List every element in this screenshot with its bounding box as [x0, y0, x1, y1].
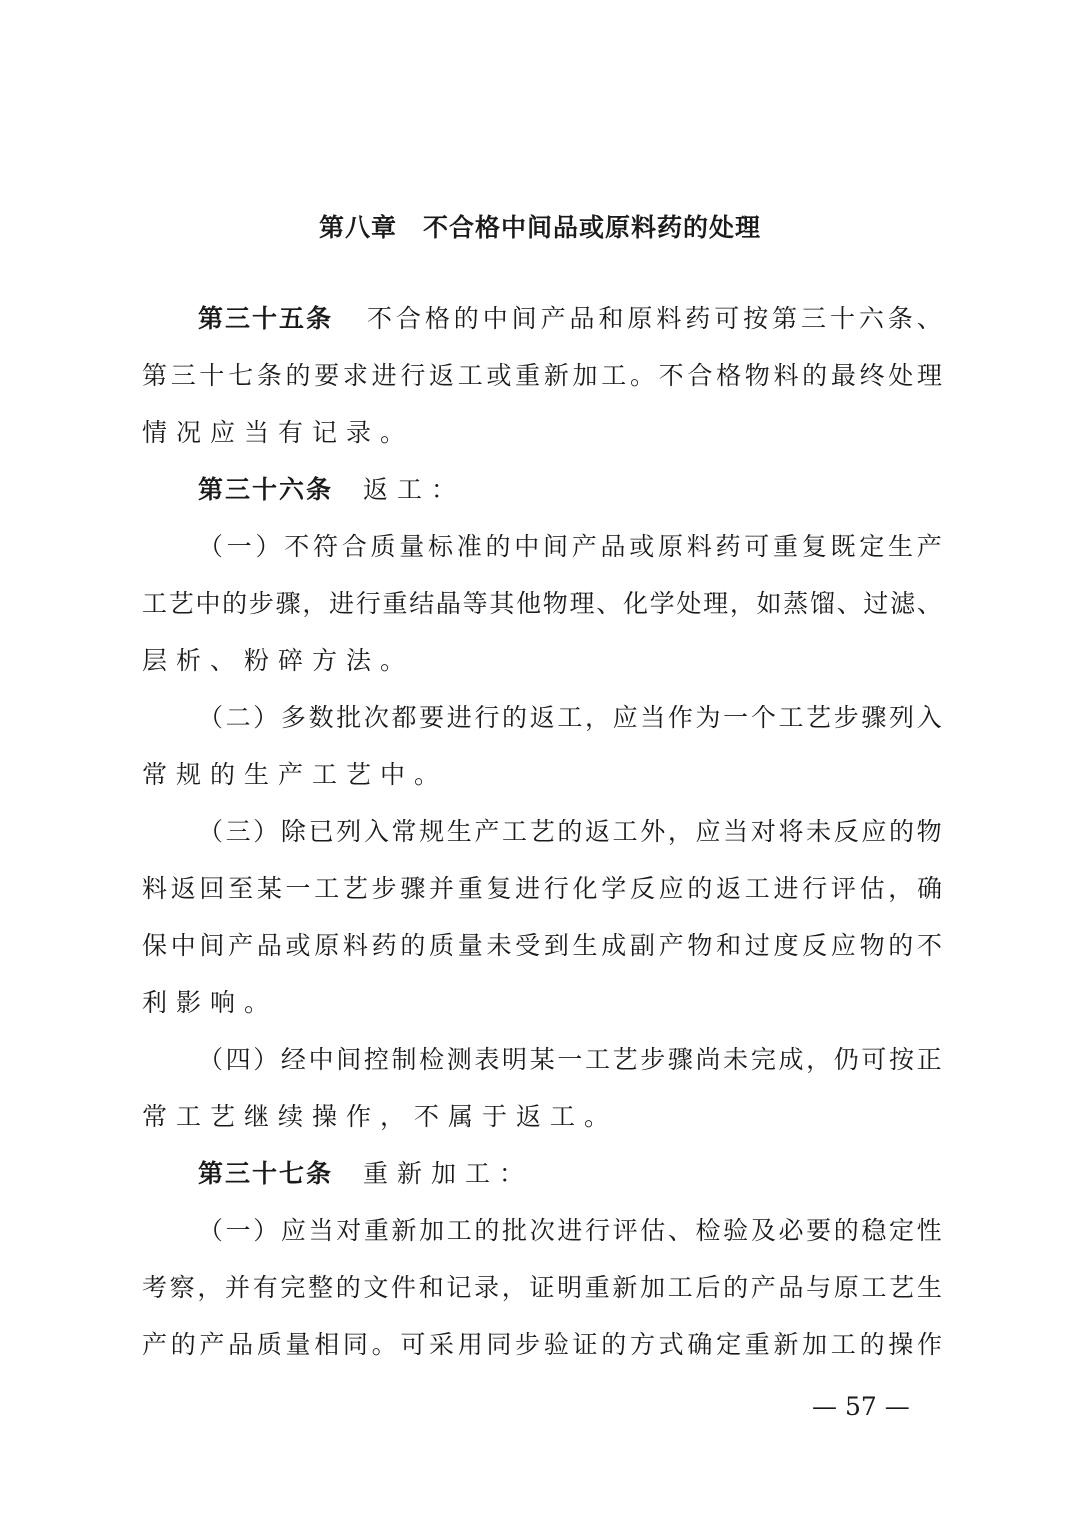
article-heading: 第三十五条 — [198, 290, 333, 347]
text-line: 第三十七条重新加工： — [142, 1145, 942, 1202]
text-line: 第三十七条的要求进行返工或重新加工。不合格物料的最终处理 — [142, 347, 942, 404]
text-line: （二）多数批次都要进行的返工，应当作为一个工艺步骤列入 — [142, 689, 942, 746]
text-line: （一）应当对重新加工的批次进行评估、检验及必要的稳定性 — [142, 1202, 942, 1259]
document-page: 第八章 不合格中间品或原料药的处理 第三十五条不合格的中间产品和原料药可按第三十… — [0, 0, 1080, 1527]
text-line: 考察，并有完整的文件和记录，证明重新加工后的产品与原工艺生 — [142, 1259, 942, 1316]
document-body: 第三十五条不合格的中间产品和原料药可按第三十六条、第三十七条的要求进行返工或重新… — [142, 290, 942, 1373]
text-line: （一）不符合质量标准的中间产品或原料药可重复既定生产 — [142, 518, 942, 575]
line-text: 利影响。 — [142, 974, 278, 1031]
text-line: 产的产品质量相同。可采用同步验证的方式确定重新加工的操作 — [142, 1316, 942, 1373]
line-text: 情况应当有记录。 — [142, 404, 414, 461]
text-line: 工艺中的步骤，进行重结晶等其他物理、化学处理，如蒸馏、过滤、 — [142, 575, 942, 632]
line-text: 返工： — [363, 461, 465, 518]
article-heading: 第三十六条 — [198, 461, 333, 518]
chapter-title: 第八章 不合格中间品或原料药的处理 — [0, 208, 1080, 244]
line-text: 重新加工： — [363, 1145, 533, 1202]
text-line: 第三十六条返工： — [142, 461, 942, 518]
text-line: 层析、粉碎方法。 — [142, 632, 942, 689]
line-text: 层析、粉碎方法。 — [142, 632, 414, 689]
line-text: 常规的生产工艺中。 — [142, 746, 448, 803]
text-line: 常工艺继续操作，不属于返工。 — [142, 1088, 942, 1145]
line-text: 常工艺继续操作，不属于返工。 — [142, 1088, 618, 1145]
text-line: （三）除已列入常规生产工艺的返工外，应当对将未反应的物 — [142, 803, 942, 860]
text-line: 料返回至某一工艺步骤并重复进行化学反应的返工进行评估，确 — [142, 860, 942, 917]
text-line: 利影响。 — [142, 974, 942, 1031]
text-line: 第三十五条不合格的中间产品和原料药可按第三十六条、 — [142, 290, 942, 347]
article-heading: 第三十七条 — [198, 1145, 333, 1202]
text-line: 常规的生产工艺中。 — [142, 746, 942, 803]
text-line: 情况应当有记录。 — [142, 404, 942, 461]
text-line: 保中间产品或原料药的质量未受到生成副产物和过度反应物的不 — [142, 917, 942, 974]
text-line: （四）经中间控制检测表明某一工艺步骤尚未完成，仍可按正 — [142, 1031, 942, 1088]
page-number: — 57 — — [812, 1392, 910, 1421]
